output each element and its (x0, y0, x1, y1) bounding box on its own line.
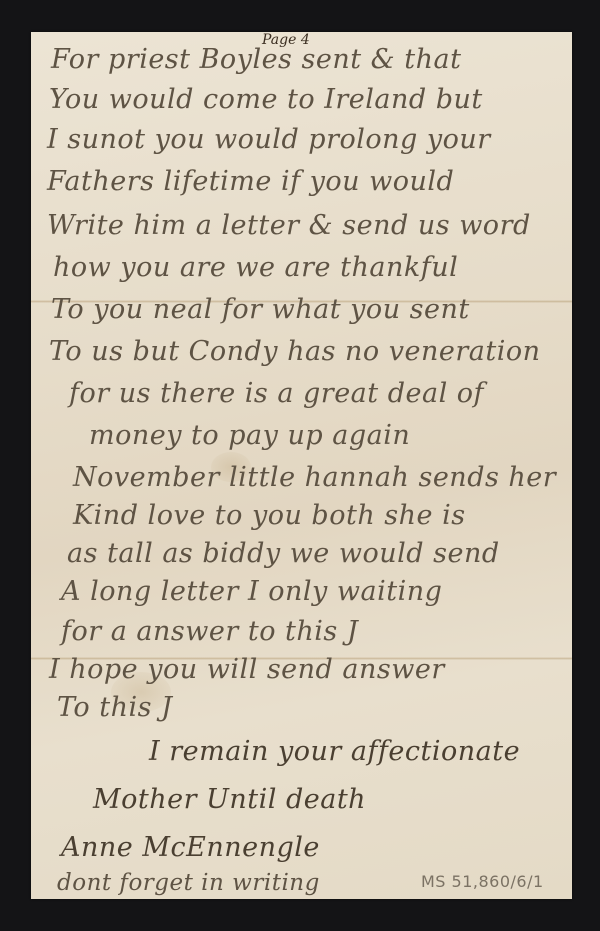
letter-line-17: To this J (57, 692, 172, 723)
letter-line-8: To us but Condy has no veneration (49, 336, 541, 367)
letter-line-3: I sunot you would prolong your (47, 124, 491, 155)
closing-line-2: Mother Until death (93, 784, 366, 815)
letter-line-7: To you neal for what you sent (51, 294, 470, 325)
closing-line: I remain your affectionate (149, 736, 520, 767)
letter-line-6: how you are we are thankful (53, 252, 458, 283)
letter-line-4: Fathers lifetime if you would (47, 166, 454, 197)
letter-line-9: for us there is a great deal of (69, 378, 484, 409)
letter-line-10: money to pay up again (89, 420, 410, 451)
letter-line-16: I hope you will send answer (49, 654, 445, 685)
postscript: dont forget in writing (57, 870, 320, 896)
letter-line-13: as tall as biddy we would send (67, 538, 500, 569)
archive-shelfmark: MS 51,860/6/1 (421, 872, 544, 891)
letter-line-12: Kind love to you both she is (73, 500, 466, 531)
letter-line-14: A long letter I only waiting (61, 576, 442, 607)
letter-page: Page 4 For priest Boyles sent & that You… (31, 32, 572, 899)
letter-line-2: You would come to Ireland but (49, 84, 483, 115)
letter-line-1: For priest Boyles sent & that (51, 44, 461, 75)
letter-line-15: for a answer to this J (61, 616, 358, 647)
signature: Anne McEnnengle (61, 832, 320, 863)
letter-line-11: November little hannah sends her (73, 462, 556, 493)
letter-line-5: Write him a letter & send us word (47, 210, 531, 241)
